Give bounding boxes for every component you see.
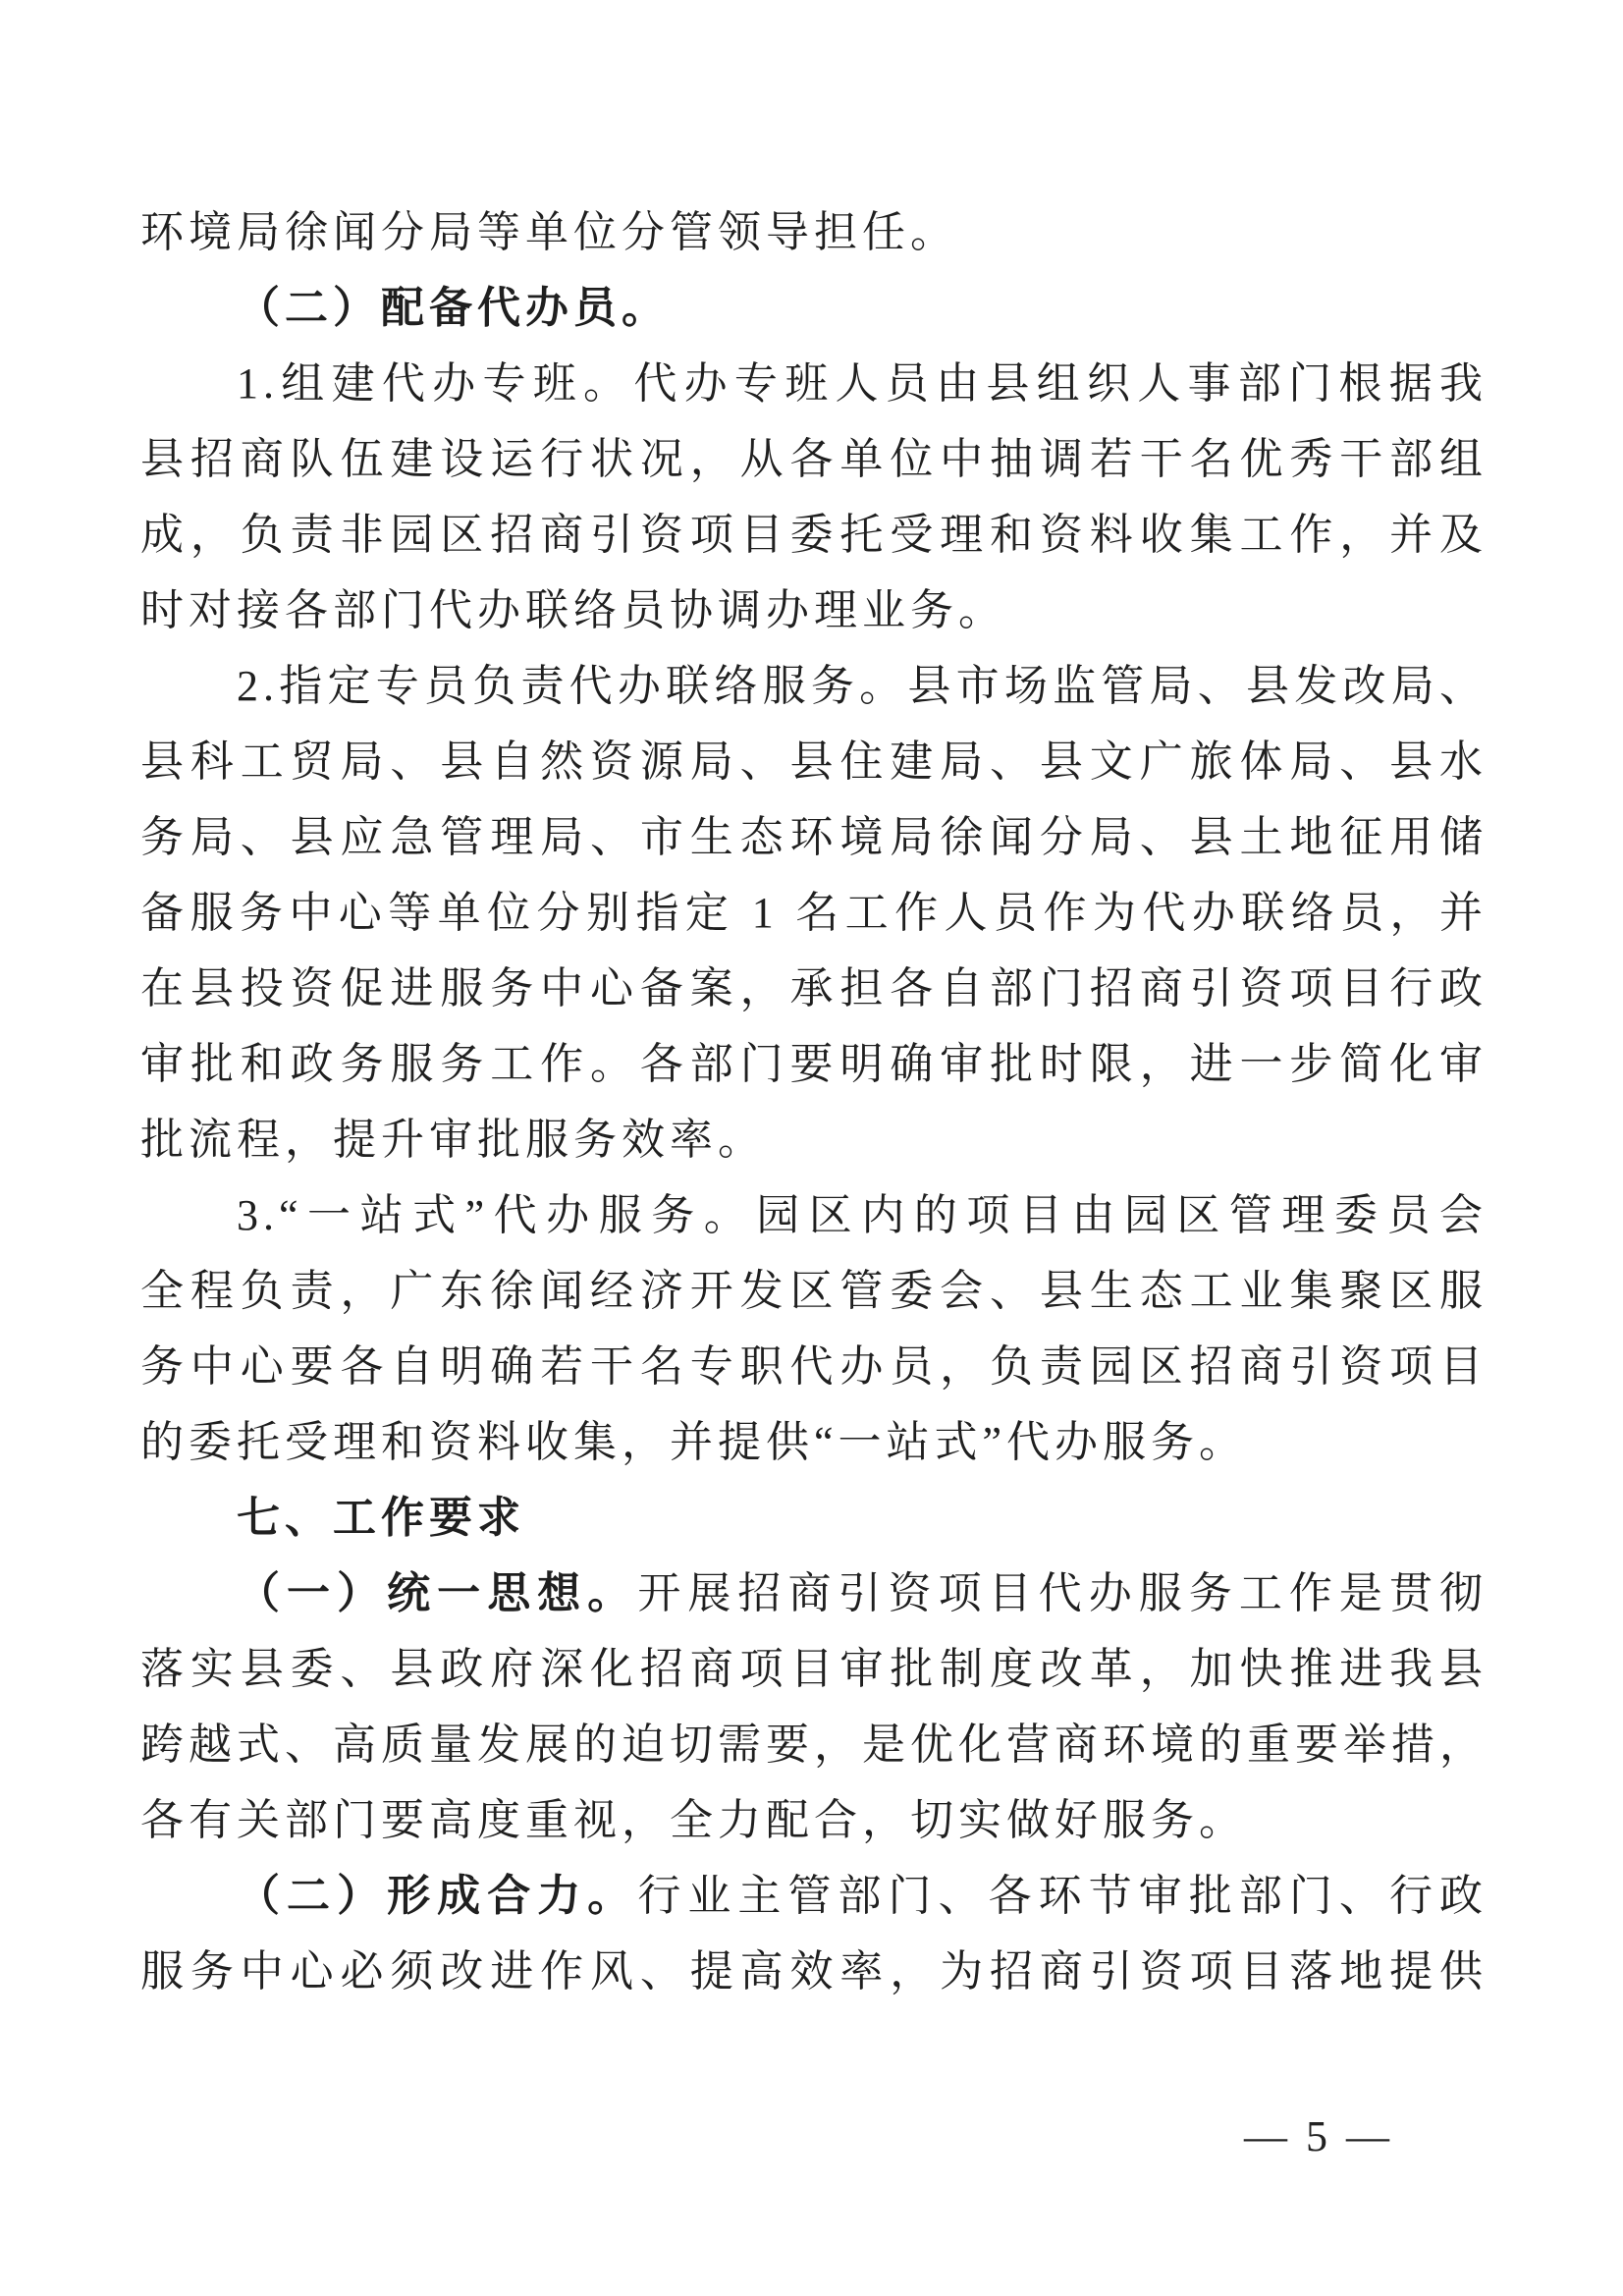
line-15: 全程负责，广东徐闻经济开发区管委会、县生态工业集聚区服 bbox=[140, 1253, 1488, 1329]
emphasis-text: （二）形成合力。 bbox=[237, 1872, 637, 1920]
line-19: （一）统一思想。开展招商引资项目代办服务工作是贯彻 bbox=[140, 1556, 1488, 1631]
line-23: （二）形成合力。行业主管部门、各环节审批部门、行政 bbox=[140, 1858, 1488, 1934]
text-block: 环境局徐闻分局等单位分管领导担任。（二）配备代办员。1.组建代办专班。代办专班人… bbox=[140, 194, 1488, 2009]
line-01: 环境局徐闻分局等单位分管领导担任。 bbox=[140, 194, 1488, 270]
line-13: 批流程，提升审批服务效率。 bbox=[140, 1102, 1488, 1177]
line-03: 1.组建代办专班。代办专班人员由县组织人事部门根据我 bbox=[140, 346, 1488, 421]
body-text: 审批和政务服务工作。各部门要明确审批时限，进一步简化审 bbox=[140, 1040, 1488, 1088]
line-14: 3.“一站式”代办服务。园区内的项目由园区管理委员会 bbox=[140, 1177, 1488, 1253]
line-07: 2.指定专员负责代办联络服务。县市场监管局、县发改局、 bbox=[140, 648, 1488, 724]
body-text: 的委托受理和资料收集，并提供“一站式”代办服务。 bbox=[140, 1418, 1247, 1466]
body-text: 落实县委、县政府深化招商项目审批制度改革，加快推进我县 bbox=[140, 1645, 1488, 1693]
body-text: 备服务中心等单位分别指定 1 名工作人员作为代办联络员，并 bbox=[140, 889, 1488, 937]
body-text: 县科工贸局、县自然资源局、县住建局、县文广旅体局、县水 bbox=[140, 738, 1488, 786]
line-17: 的委托受理和资料收集，并提供“一站式”代办服务。 bbox=[140, 1404, 1488, 1480]
body-text: 在县投资促进服务中心备案，承担各自部门招商引资项目行政 bbox=[140, 964, 1488, 1012]
line-24: 服务中心必须改进作风、提高效率，为招商引资项目落地提供 bbox=[140, 1934, 1488, 2009]
body-text: 服务中心必须改进作风、提高效率，为招商引资项目落地提供 bbox=[140, 1947, 1488, 1995]
body-text: 环境局徐闻分局等单位分管领导担任。 bbox=[140, 208, 958, 256]
body-text: 全程负责，广东徐闻经济开发区管委会、县生态工业集聚区服 bbox=[140, 1267, 1488, 1315]
heading-section-2-2: （二）配备代办员。 bbox=[140, 270, 1488, 346]
line-05: 成，负责非园区招商引资项目委托受理和资料收集工作，并及 bbox=[140, 497, 1488, 573]
line-22: 各有关部门要高度重视，全力配合，切实做好服务。 bbox=[140, 1782, 1488, 1858]
line-10: 备服务中心等单位分别指定 1 名工作人员作为代办联络员，并 bbox=[140, 875, 1488, 951]
line-11: 在县投资促进服务中心备案，承担各自部门招商引资项目行政 bbox=[140, 951, 1488, 1026]
body-text: 1.组建代办专班。代办专班人员由县组织人事部门根据我 bbox=[237, 359, 1488, 408]
body-text: 时对接各部门代办联络员协调办理业务。 bbox=[140, 586, 1006, 634]
body-text: 行业主管部门、各环节审批部门、行政 bbox=[637, 1872, 1488, 1920]
heading-section-7: 七、工作要求 bbox=[140, 1480, 1488, 1556]
body-text: 务局、县应急管理局、市生态环境局徐闻分局、县土地征用储 bbox=[140, 813, 1488, 861]
page-number: — 5 — bbox=[1235, 2111, 1402, 2161]
line-16: 务中心要各自明确若干名专职代办员，负责园区招商引资项目 bbox=[140, 1329, 1488, 1404]
emphasis-text: 七、工作要求 bbox=[237, 1494, 525, 1542]
body-text: 开展招商引资项目代办服务工作是贯彻 bbox=[637, 1569, 1488, 1617]
line-08: 县科工贸局、县自然资源局、县住建局、县文广旅体局、县水 bbox=[140, 724, 1488, 799]
line-12: 审批和政务服务工作。各部门要明确审批时限，进一步简化审 bbox=[140, 1026, 1488, 1102]
document-page: 环境局徐闻分局等单位分管领导担任。（二）配备代办员。1.组建代办专班。代办专班人… bbox=[0, 0, 1623, 2296]
body-text: 县招商队伍建设运行状况，从各单位中抽调若干名优秀干部组 bbox=[140, 435, 1488, 483]
emphasis-text: （一）统一思想。 bbox=[237, 1569, 637, 1617]
body-text: 各有关部门要高度重视，全力配合，切实做好服务。 bbox=[140, 1796, 1247, 1844]
line-09: 务局、县应急管理局、市生态环境局徐闻分局、县土地征用储 bbox=[140, 799, 1488, 875]
line-21: 跨越式、高质量发展的迫切需要，是优化营商环境的重要举措， bbox=[140, 1707, 1488, 1782]
body-text: 批流程，提升审批服务效率。 bbox=[140, 1116, 766, 1164]
body-text: 3.“一站式”代办服务。园区内的项目由园区管理委员会 bbox=[237, 1191, 1488, 1239]
body-text: 务中心要各自明确若干名专职代办员，负责园区招商引资项目 bbox=[140, 1342, 1488, 1391]
emphasis-text: （二）配备代办员。 bbox=[237, 284, 670, 332]
line-20: 落实县委、县政府深化招商项目审批制度改革，加快推进我县 bbox=[140, 1631, 1488, 1707]
body-text: 跨越式、高质量发展的迫切需要，是优化营商环境的重要举措， bbox=[140, 1721, 1488, 1769]
line-04: 县招商队伍建设运行状况，从各单位中抽调若干名优秀干部组 bbox=[140, 421, 1488, 497]
body-text: 成，负责非园区招商引资项目委托受理和资料收集工作，并及 bbox=[140, 511, 1488, 559]
body-text: 2.指定专员负责代办联络服务。县市场监管局、县发改局、 bbox=[237, 662, 1488, 710]
line-06: 时对接各部门代办联络员协调办理业务。 bbox=[140, 573, 1488, 648]
